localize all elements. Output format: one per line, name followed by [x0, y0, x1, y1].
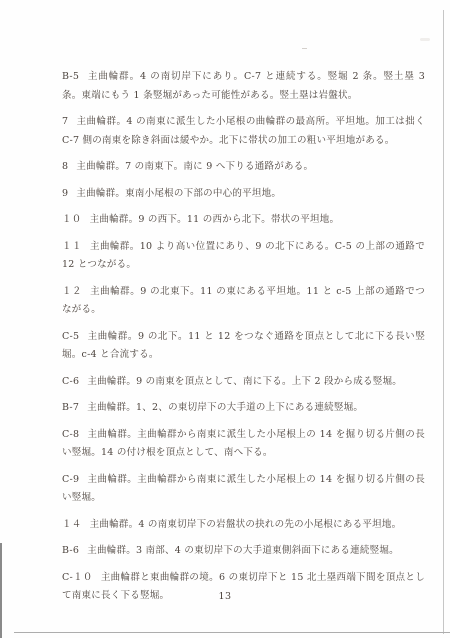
entry-7: 7主曲輪群。4 の南東に派生した小尾根の曲輪群の最高所。平坦地。加工は拙く C-… — [62, 113, 425, 150]
entry-label: 8 — [62, 161, 76, 172]
entry-label: B-7 — [62, 402, 87, 413]
entry-text: 主曲輪群。9 の北東下。11 の東にある平坦地。11 と c-5 上部の通路でつ… — [62, 286, 425, 316]
entry-label: C-5 — [62, 331, 87, 342]
entry-text: 主曲輪群。主曲輪群から南東に派生した小尾根上の 14 を掘り切る片側の長い竪堀。… — [62, 429, 425, 459]
entry-label: B-5 — [62, 71, 87, 82]
entry-c-6: C-6主曲輪群。9 の南東を頂点として、南に下る。上下 2 段から成る竪堀。 — [62, 373, 425, 392]
entry-14: １４主曲輪群。4 の南東切岸下の岩盤状の抉れの先の小尾根にある平坦地。 — [62, 516, 425, 535]
document-body: B-5主曲輪群。4 の南切岸下にあり。C-7 と連続する。竪堀 2 条。竪土塁 … — [62, 68, 425, 614]
entry-text: 主曲輪群。東南小尾根の下部の中心的平坦地。 — [76, 188, 281, 199]
entry-label: B-6 — [62, 545, 87, 556]
entry-label: C-6 — [62, 376, 87, 387]
entry-text: 主曲輪群。9 の南東を頂点として、南に下る。上下 2 段から成る竪堀。 — [87, 376, 402, 387]
entry-c-5: C-5主曲輪群。9 の北下。11 と 12 をつなぐ通路を頂点として北に下る長い… — [62, 328, 425, 365]
entry-text: 主曲輪群。9 の西下。11 の西から北下。帯状の平坦地。 — [90, 214, 340, 225]
entry-label: C-9 — [62, 474, 87, 485]
entry-b-6: B-6主曲輪群。3 南部、4 の東切岸下の大手道東側斜面下にある連続竪堀。 — [62, 542, 425, 561]
entry-b-7: B-7主曲輪群。1、2、の東切岸下の大手道の上下にある連続竪堀。 — [62, 399, 425, 418]
page-number: 13 — [0, 591, 450, 602]
entry-text: 主曲輪群。4 の南東に派生した小尾根の曲輪群の最高所。平坦地。加工は拙く C-7… — [62, 116, 425, 146]
scan-smudge — [420, 38, 430, 41]
entry-label: １１ — [62, 241, 90, 252]
entry-8: 8主曲輪群。7 の南東下。南に 9 へ下りる通路がある。 — [62, 158, 425, 177]
scan-edge-bottom — [14, 632, 450, 633]
scan-edge-left — [0, 543, 2, 638]
entry-label: １４ — [62, 519, 90, 530]
entry-c-9: C-9主曲輪群。主曲輪群から南東に派生した小尾根上の 14 を掘り切る片側の長い… — [62, 471, 425, 508]
entry-text: 主曲輪群。3 南部、4 の東切岸下の大手道東側斜面下にある連続竪堀。 — [87, 545, 399, 556]
entry-10: １０主曲輪群。9 の西下。11 の西から北下。帯状の平坦地。 — [62, 211, 425, 230]
entry-label: C-8 — [62, 429, 87, 440]
entry-text: 主曲輪群。7 の南東下。南に 9 へ下りる通路がある。 — [76, 161, 313, 172]
entry-label: １０ — [62, 214, 90, 225]
entry-c-8: C-8主曲輪群。主曲輪群から南東に派生した小尾根上の 14 を掘り切る片側の長い… — [62, 426, 425, 463]
entry-11: １１主曲輪群。10 より高い位置にあり、9 の北下にある。C-5 の上部の通路で… — [62, 238, 425, 275]
entry-label: １２ — [62, 286, 90, 297]
entry-b-5: B-5主曲輪群。4 の南切岸下にあり。C-7 と連続する。竪堀 2 条。竪土塁 … — [62, 68, 425, 105]
scanned-document-page: B-5主曲輪群。4 の南切岸下にあり。C-7 と連続する。竪堀 2 条。竪土塁 … — [0, 0, 450, 638]
entry-text: 主曲輪群。10 より高い位置にあり、9 の北下にある。C-5 の上部の通路で 1… — [62, 241, 425, 271]
entry-text: 主曲輪群。9 の北下。11 と 12 をつなぐ通路を頂点として北に下る長い竪堀。… — [62, 331, 425, 361]
entry-label: 9 — [62, 188, 76, 199]
entry-label: 7 — [62, 116, 76, 127]
entry-label: C-１０ — [62, 572, 101, 583]
entry-12: １２主曲輪群。9 の北東下。11 の東にある平坦地。11 と c-5 上部の通路… — [62, 283, 425, 320]
scan-edge-right — [443, 10, 444, 634]
entry-9: 9主曲輪群。東南小尾根の下部の中心的平坦地。 — [62, 185, 425, 204]
entry-text: 主曲輪群。4 の南切岸下にあり。C-7 と連続する。竪堀 2 条。竪土塁 3 条… — [62, 71, 425, 101]
entry-text: 主曲輪群。主曲輪群から南東に派生した小尾根上の 14 を掘り切る片側の長い竪堀。 — [62, 474, 425, 504]
scan-speck — [302, 48, 307, 49]
entry-text: 主曲輪群。4 の南東切岸下の岩盤状の抉れの先の小尾根にある平坦地。 — [90, 519, 402, 530]
entry-text: 主曲輪群。1、2、の東切岸下の大手道の上下にある連続竪堀。 — [87, 402, 363, 413]
